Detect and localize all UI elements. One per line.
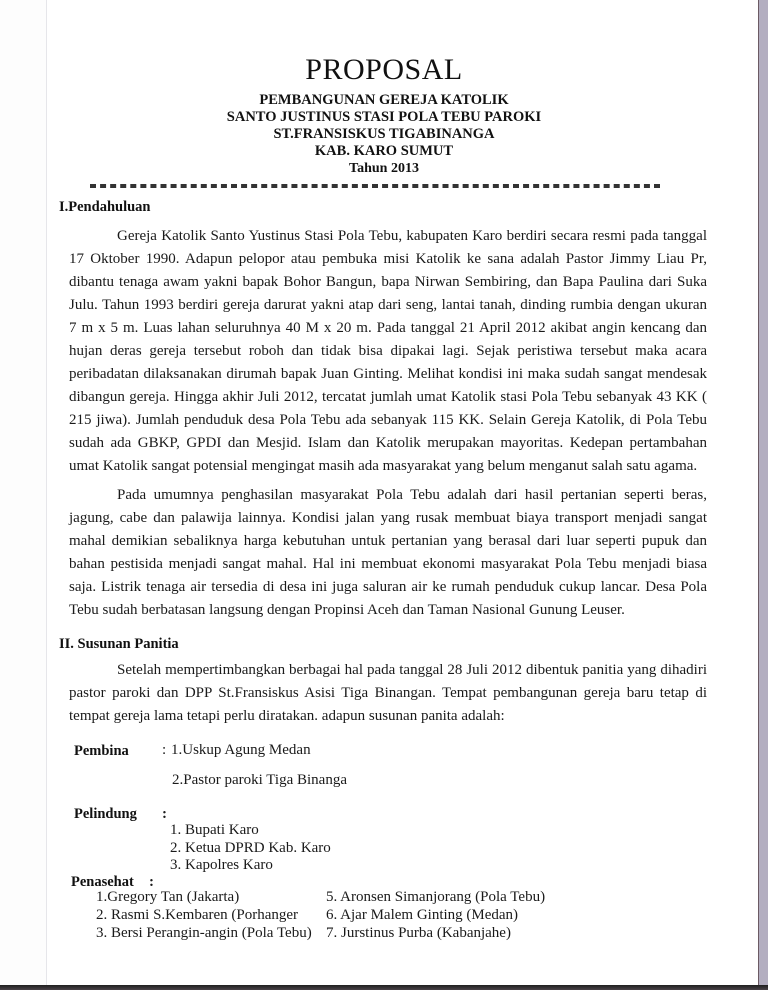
section-heading-susunan-panitia: II. Susunan Panitia xyxy=(59,636,179,653)
pelindung-colon: : xyxy=(162,806,167,823)
subtitle-line-4: KAB. KARO SUMUT xyxy=(0,143,768,160)
paragraph-pendahuluan-1: Gereja Katolik Santo Yustinus Stasi Pola… xyxy=(69,225,707,478)
subtitle-line-2: SANTO JUSTINUS STASI POLA TEBU PAROKI xyxy=(0,109,768,126)
pelindung-item-2: 2. Ketua DPRD Kab. Karo xyxy=(170,840,331,857)
penasehat-item-6: 6. Ajar Malem Ginting (Medan) xyxy=(326,907,518,924)
pembina-item-2: 2.Pastor paroki Tiga Binanga xyxy=(172,772,347,789)
penasehat-item-3: 3. Bersi Perangin-angin (Pola Tebu) xyxy=(96,925,312,942)
paragraph-pendahuluan-2: Pada umumnya penghasilan masyarakat Pola… xyxy=(69,484,707,622)
section-heading-pendahuluan: I.Pendahuluan xyxy=(59,199,150,216)
label-pembina: Pembina xyxy=(74,743,129,760)
paragraph-susunan-panitia: Setelah mempertimbangkan berbagai hal pa… xyxy=(69,659,707,728)
pembina-item-1: 1.Uskup Agung Medan xyxy=(171,742,311,759)
label-pelindung: Pelindung xyxy=(74,806,137,823)
penasehat-item-5: 5. Aronsen Simanjorang (Pola Tebu) xyxy=(326,889,545,906)
pelindung-item-3: 3. Kapolres Karo xyxy=(170,857,273,874)
header-divider xyxy=(90,184,660,188)
document-title: PROPOSAL xyxy=(0,53,768,87)
penasehat-item-7: 7. Jurstinus Purba (Kabanjahe) xyxy=(326,925,511,942)
pembina-colon: : xyxy=(162,742,166,759)
penasehat-item-1: 1.Gregory Tan (Jakarta) xyxy=(96,889,239,906)
subtitle-year: Tahun 2013 xyxy=(0,161,768,177)
penasehat-item-2: 2. Rasmi S.Kembaren (Porhanger xyxy=(96,907,298,924)
pelindung-item-1: 1. Bupati Karo xyxy=(170,822,259,839)
document-page: PROPOSAL PEMBANGUNAN GEREJA KATOLIK SANT… xyxy=(0,0,768,985)
scan-bottom-edge xyxy=(0,985,768,990)
subtitle-line-3: ST.FRANSISKUS TIGABINANGA xyxy=(0,126,768,143)
subtitle-line-1: PEMBANGUNAN GEREJA KATOLIK xyxy=(0,92,768,109)
